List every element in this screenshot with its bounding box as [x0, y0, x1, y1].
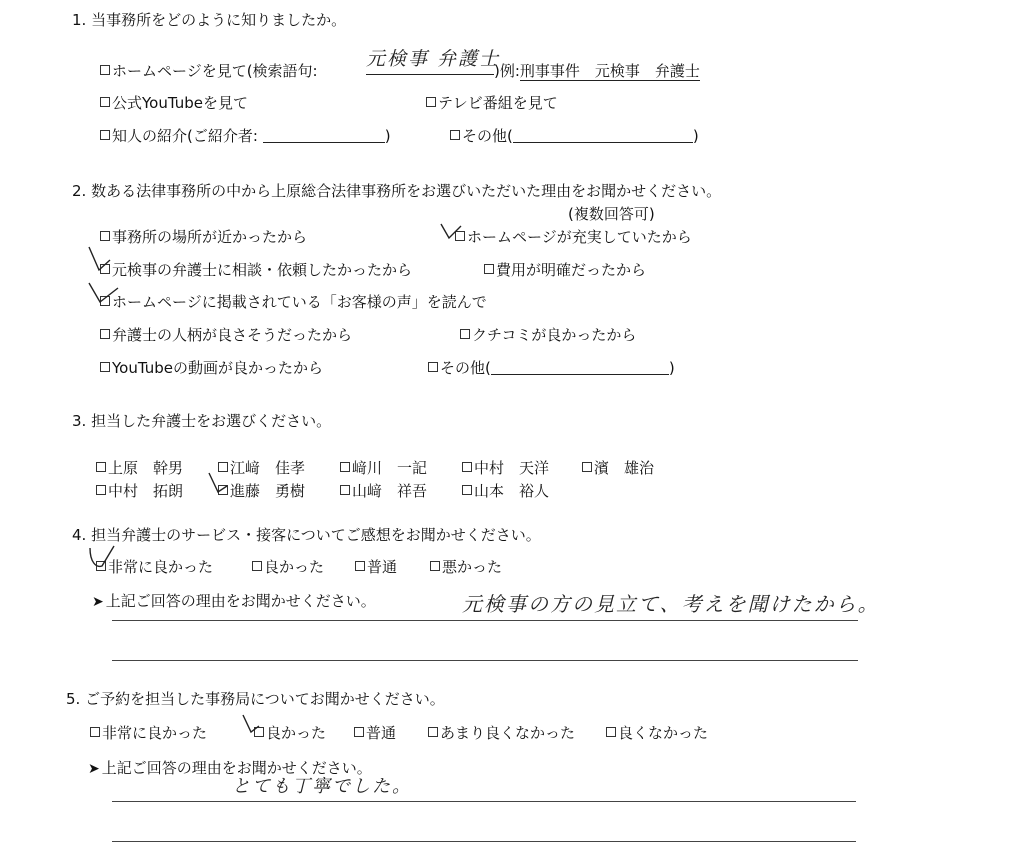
q2-option-1[interactable]: ホームページが充実していたから — [455, 226, 692, 247]
handwritten-check-icon — [88, 282, 128, 306]
checkbox[interactable] — [354, 727, 364, 737]
lawyer-option-5[interactable]: 中村 拓朗 — [96, 480, 183, 501]
q2-multiple-answers-note: (複数回答可) — [568, 203, 655, 224]
q4-option-3[interactable]: 悪かった — [430, 556, 502, 577]
checkbox[interactable] — [462, 485, 472, 495]
q1-search-terms-answer[interactable]: 元検事 弁護士 — [366, 44, 494, 75]
checkbox[interactable] — [100, 130, 110, 140]
checkbox[interactable] — [96, 462, 106, 472]
q1-title: 1. 当事務所をどのように知りましたか。 — [72, 9, 346, 30]
checkbox[interactable] — [355, 561, 365, 571]
q2-option-5[interactable]: 弁護士の人柄が良さそうだったから — [100, 324, 352, 345]
q1-option-youtube[interactable]: 公式YouTubeを見て — [100, 92, 248, 113]
q1-option-other[interactable]: その他() — [450, 125, 699, 146]
q1-other-field[interactable] — [513, 128, 693, 143]
q1-example: )例:刑事事件 元検事 弁護士 — [494, 60, 700, 81]
checkbox[interactable] — [462, 462, 472, 472]
q4-option-2[interactable]: 普通 — [355, 556, 397, 577]
q2-option-8[interactable]: その他() — [428, 357, 675, 378]
checkbox[interactable] — [582, 462, 592, 472]
q1-option-homepage[interactable]: ホームページを見て(検索語句: — [100, 60, 318, 81]
q5-title: 5. ご予約を担当した事務局についてお聞かせください。 — [66, 688, 445, 709]
q3-title: 3. 担当した弁護士をお選びください。 — [72, 410, 331, 431]
checkbox[interactable] — [428, 362, 438, 372]
q1-example-terms: 刑事事件 元検事 弁護士 — [520, 62, 700, 81]
checkbox[interactable] — [450, 130, 460, 140]
q4-option-1[interactable]: 良かった — [252, 556, 324, 577]
q5-option-1[interactable]: 良かった — [254, 722, 326, 743]
arrow-icon: ➤ — [92, 594, 104, 610]
q4-reason-answer[interactable]: 元検事の方の見立て、考えを聞けたから。 — [462, 588, 880, 617]
q2-option-3[interactable]: 費用が明確だったから — [484, 259, 646, 280]
checkbox[interactable] — [460, 329, 470, 339]
arrow-icon: ➤ — [88, 761, 100, 777]
q2-option-2[interactable]: 元検事の弁護士に相談・依頼したかったから — [100, 259, 412, 280]
checkbox[interactable] — [484, 264, 494, 274]
q2-title: 2. 数ある法律事務所の中から上原総合法律事務所をお選びいただいた理由をお聞かせ… — [72, 180, 721, 201]
checkbox[interactable] — [100, 231, 110, 241]
answer-line — [112, 841, 856, 842]
lawyer-option-7[interactable]: 山﨑 祥吾 — [340, 480, 427, 501]
checkbox[interactable] — [340, 485, 350, 495]
answer-line — [112, 801, 856, 802]
lawyer-option-8[interactable]: 山本 裕人 — [462, 480, 549, 501]
handwritten-check-icon — [440, 222, 462, 242]
checkbox[interactable] — [96, 485, 106, 495]
checkbox[interactable] — [100, 65, 110, 75]
q2-option-0[interactable]: 事務所の場所が近かったから — [100, 226, 307, 247]
q1-option-tv[interactable]: テレビ番組を見て — [426, 92, 558, 113]
checkbox[interactable] — [430, 561, 440, 571]
checkbox[interactable] — [218, 462, 228, 472]
q4-title: 4. 担当弁護士のサービス・接客についてご感想をお聞かせください。 — [72, 524, 541, 545]
answer-line — [112, 660, 858, 661]
answer-line — [112, 620, 858, 621]
q5-option-3[interactable]: あまり良くなかった — [428, 722, 575, 743]
lawyer-option-3[interactable]: 中村 天洋 — [462, 457, 549, 478]
lawyer-option-0[interactable]: 上原 幹男 — [96, 457, 183, 478]
q5-option-0[interactable]: 非常に良かった — [90, 722, 207, 743]
referral-name-field[interactable] — [263, 128, 385, 143]
lawyer-option-6[interactable]: 進藤 勇樹 — [218, 480, 305, 501]
checkbox[interactable] — [100, 329, 110, 339]
lawyer-option-2[interactable]: 﨑川 一記 — [340, 457, 427, 478]
checkbox[interactable] — [252, 561, 262, 571]
checkbox[interactable] — [100, 362, 110, 372]
checkbox[interactable] — [606, 727, 616, 737]
q4-reason-prompt: ➤上記ご回答の理由をお聞かせください。 — [92, 590, 376, 611]
q5-option-4[interactable]: 良くなかった — [606, 722, 708, 743]
q2-option-6[interactable]: クチコミが良かったから — [460, 324, 636, 345]
checkbox[interactable] — [428, 727, 438, 737]
q2-option-7[interactable]: YouTubeの動画が良かったから — [100, 357, 323, 378]
lawyer-option-4[interactable]: 濱 雄治 — [582, 457, 654, 478]
checkbox[interactable] — [100, 97, 110, 107]
q5-option-2[interactable]: 普通 — [354, 722, 396, 743]
q1-option-referral[interactable]: 知人の紹介(ご紹介者: ) — [100, 125, 391, 146]
handwritten-check-icon — [242, 714, 262, 736]
checkbox[interactable] — [426, 97, 436, 107]
handwritten-check-icon — [88, 246, 112, 274]
checkbox[interactable] — [340, 462, 350, 472]
q5-reason-answer[interactable]: とても丁寧でした。 — [232, 772, 412, 798]
handwritten-check-icon — [88, 544, 116, 572]
handwritten-check-icon — [208, 472, 228, 496]
q2-other-field[interactable] — [491, 360, 669, 375]
q2-option-4[interactable]: ホームページに掲載されている「お客様の声」を読んで — [100, 291, 487, 312]
checkbox[interactable] — [90, 727, 100, 737]
lawyer-option-1[interactable]: 江﨑 佳孝 — [218, 457, 305, 478]
